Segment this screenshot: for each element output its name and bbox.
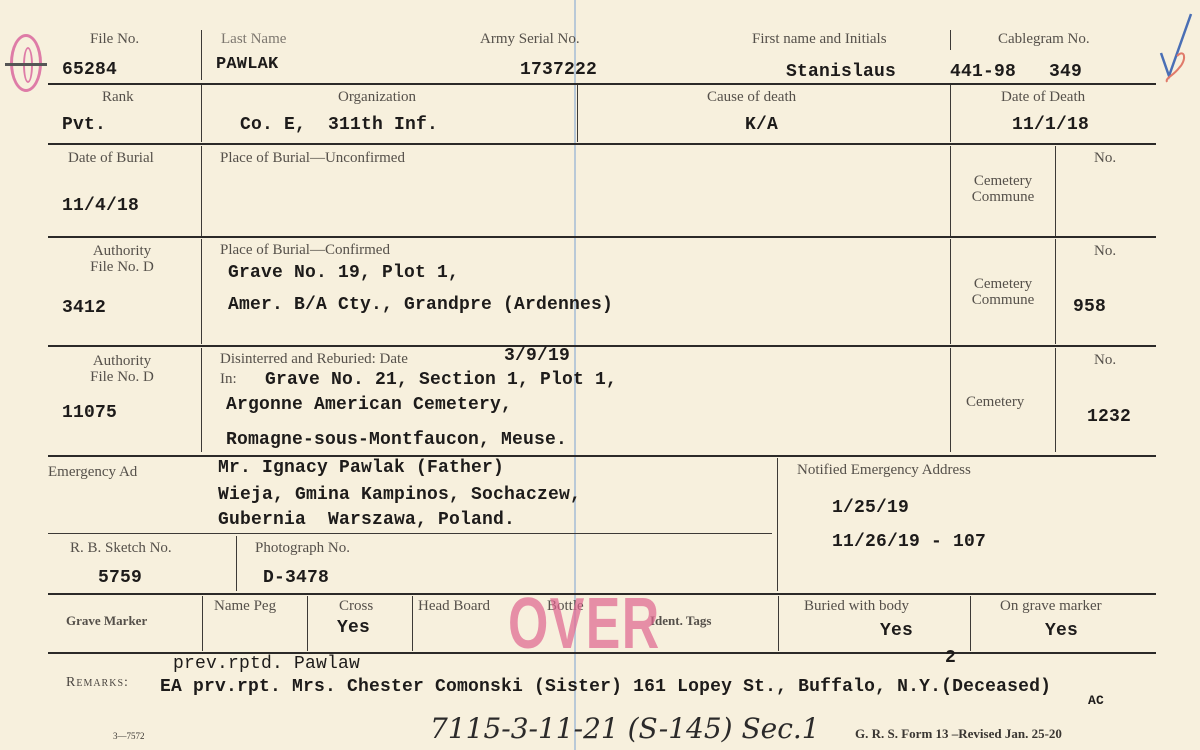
over-stamp: OVER — [508, 588, 661, 660]
authority-label: Authority File No. D — [72, 244, 172, 276]
reburial-line3: Romagne-sous-Montfaucon, Meuse. — [226, 430, 567, 450]
remarks-count-mark: 2 — [945, 648, 956, 668]
rule — [48, 455, 1156, 457]
file-no-d-text: File No. D — [72, 370, 172, 386]
first-name-label: First name and Initials — [752, 32, 887, 48]
notified-emergency-label: Notified Emergency Address — [797, 463, 971, 479]
divider — [201, 30, 202, 80]
strike-bar — [5, 63, 47, 66]
divider — [777, 458, 778, 591]
authority-value: 11075 — [62, 403, 117, 423]
no-label: No. — [1094, 244, 1116, 260]
rule — [48, 533, 772, 534]
date-of-death-value: 11/1/18 — [1012, 115, 1089, 135]
divider — [950, 146, 951, 236]
rule — [48, 143, 1156, 145]
divider — [412, 596, 413, 651]
divider — [950, 30, 951, 50]
reburial-date-value: 3/9/19 — [504, 346, 570, 366]
in-label: In: — [220, 372, 237, 388]
no-value: 1232 — [1087, 407, 1131, 427]
sketch-no-label: R. B. Sketch No. — [70, 541, 172, 557]
cablegram-no-value: 441-98 349 — [950, 62, 1082, 82]
place-confirmed-line1: Grave No. 19, Plot 1, — [228, 263, 459, 283]
rule — [48, 236, 1156, 238]
date-of-burial-value: 11/4/18 — [62, 196, 139, 216]
divider — [307, 596, 308, 651]
divider — [778, 596, 779, 651]
cross-label: Cross — [339, 599, 373, 615]
remarks-ac-mark: AC — [1088, 693, 1104, 708]
place-unconfirmed-label: Place of Burial—Unconfirmed — [220, 151, 405, 167]
emergency-address-label: Emergency Ad — [48, 465, 137, 481]
sketch-no-value: 5759 — [98, 568, 142, 588]
cemetery-label: Cemetery — [966, 395, 1024, 411]
checkmark-icon — [1155, 8, 1195, 88]
authority-value: 3412 — [62, 298, 106, 318]
divider — [201, 85, 202, 142]
divider — [970, 596, 971, 651]
handwritten-note: 7115-3-11-21 (S-145) Sec.1 — [430, 712, 820, 745]
photograph-no-value: D-3478 — [263, 568, 329, 588]
army-serial-no-label: Army Serial No. — [480, 32, 580, 48]
cemetery-commune-label: Cemetery Commune — [962, 174, 1044, 206]
divider — [1055, 239, 1056, 344]
name-peg-label: Name Peg — [214, 599, 276, 615]
last-name-label: Last Name — [221, 32, 286, 48]
authority-text: Authority — [72, 244, 172, 260]
no-label: No. — [1094, 151, 1116, 167]
remarks-main-line: EA prv.rpt. Mrs. Chester Comonski (Siste… — [160, 677, 1051, 697]
remarks-label: Remarks: — [66, 675, 129, 691]
cablegram-no-label: Cablegram No. — [998, 32, 1090, 48]
on-grave-marker-label: On grave marker — [1000, 599, 1102, 615]
date-of-death-label: Date of Death — [1001, 90, 1085, 106]
divider — [201, 146, 202, 236]
no-value: 958 — [1073, 297, 1106, 317]
grave-registration-card: File No. 65284 Last Name PAWLAK Army Ser… — [0, 0, 1200, 750]
notified-line1: 1/25/19 — [832, 498, 909, 518]
divider — [577, 85, 578, 142]
file-no-d-text: File No. D — [72, 260, 172, 276]
print-code: 3—7572 — [113, 731, 145, 741]
disinterred-label: Disinterred and Reburied: Date — [220, 352, 408, 368]
divider — [236, 536, 237, 591]
divider — [950, 85, 951, 142]
reburial-line1: Grave No. 21, Section 1, Plot 1, — [265, 370, 617, 390]
reburial-line2: Argonne American Cemetery, — [226, 395, 512, 415]
commune-label: Commune — [962, 293, 1044, 309]
cross-value: Yes — [337, 618, 370, 638]
rule — [48, 83, 1156, 85]
rank-label: Rank — [102, 90, 134, 106]
divider — [950, 239, 951, 344]
divider — [950, 348, 951, 452]
form-id: G. R. S. Form 13 –Revised Jan. 25-20 — [855, 726, 1062, 742]
authority-text: Authority — [72, 354, 172, 370]
cause-of-death-label: Cause of death — [707, 90, 796, 106]
last-name-value: PAWLAK — [216, 55, 278, 74]
army-serial-no-value: 1737222 — [520, 60, 597, 80]
photograph-no-label: Photograph No. — [255, 541, 350, 557]
organization-label: Organization — [338, 90, 416, 106]
first-name-value: Stanislaus — [786, 62, 896, 82]
divider — [1055, 146, 1056, 236]
commune-label: Commune — [962, 190, 1044, 206]
file-no-label: File No. — [90, 32, 139, 48]
rule — [48, 345, 1156, 347]
remarks-prev-line: prev.rptd. Pawlaw — [173, 654, 360, 674]
place-confirmed-label: Place of Burial—Confirmed — [220, 243, 390, 259]
divider — [202, 596, 203, 651]
head-board-label: Head Board — [418, 599, 490, 615]
rank-value: Pvt. — [62, 115, 106, 135]
on-grave-marker-value: Yes — [1045, 621, 1078, 641]
no-label: No. — [1094, 353, 1116, 369]
emergency-line3: Gubernia Warszawa, Poland. — [218, 510, 515, 530]
emergency-line1: Mr. Ignacy Pawlak (Father) — [218, 458, 504, 478]
cemetery-commune-label: Cemetery Commune — [962, 277, 1044, 309]
authority-label: Authority File No. D — [72, 354, 172, 386]
grave-marker-label: Grave Marker — [66, 614, 147, 628]
date-of-burial-label: Date of Burial — [68, 151, 154, 167]
place-confirmed-line2: Amer. B/A Cty., Grandpre (Ardennes) — [228, 295, 613, 315]
organization-value: Co. E, 311th Inf. — [240, 115, 438, 135]
divider — [201, 348, 202, 452]
buried-with-body-value: Yes — [880, 621, 913, 641]
file-no-value: 65284 — [62, 60, 117, 80]
buried-with-body-label: Buried with body — [804, 599, 909, 615]
cause-of-death-value: K/A — [745, 115, 778, 135]
notified-line2: 11/26/19 - 107 — [832, 532, 986, 552]
divider — [1055, 348, 1056, 452]
emergency-line2: Wieja, Gmina Kampinos, Sochaczew, — [218, 485, 581, 505]
cemetery-label: Cemetery — [962, 277, 1044, 293]
divider — [201, 239, 202, 344]
cemetery-label: Cemetery — [962, 174, 1044, 190]
